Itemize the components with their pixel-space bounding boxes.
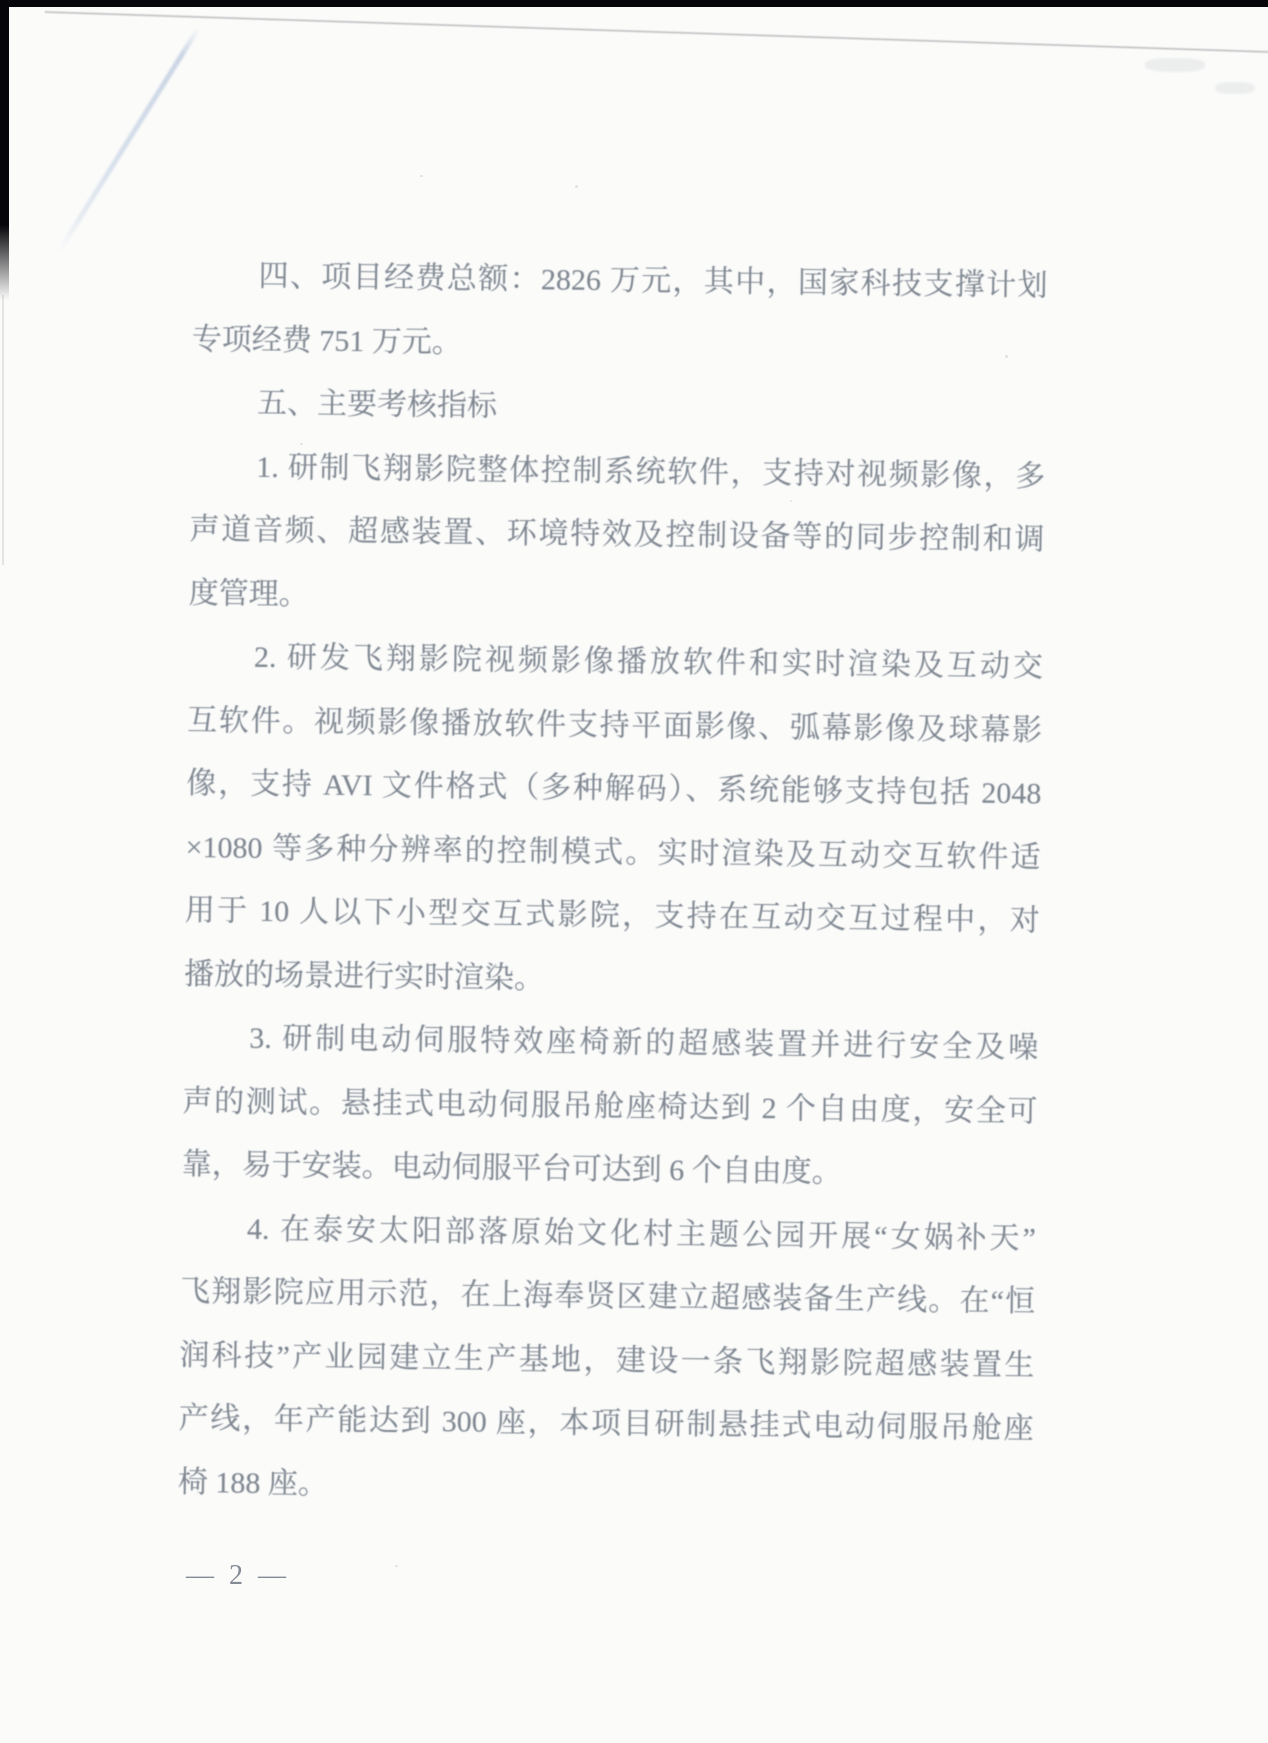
scanned-document-page: 四、项目经费总额：2826 万元，其中，国家科技支撑计划专项经费 751 万元。… [0,0,1268,1743]
paper-top-edge-line [45,11,1268,53]
scan-speck [575,185,578,188]
text-line: 声道音频、超感装置、环境特效及控制设备等的同步控制和调 [189,498,1045,572]
scan-left-edge-band [0,0,9,300]
text-line: 互软件。视频影像播放软件支持平面影像、弧幕影像及球幕影 [187,688,1043,762]
text-line: 播放的场景进行实时渲染。 [184,942,1040,1016]
text-line: 五、主要考核指标 [191,371,1047,445]
scan-smudge [1145,58,1205,72]
text-line: 专项经费 751 万元。 [191,307,1047,381]
text-line: 1. 研制飞翔影院整体控制系统软件，支持对视频影像，多 [190,434,1046,508]
scan-smudge [1215,82,1255,94]
text-line: 产线，年产能达到 300 座，本项目研制悬挂式电动伺服吊舱座 [178,1387,1034,1461]
text-line: 四、项目经费总额：2826 万元，其中，国家科技支撑计划 [192,244,1048,318]
text-line: 2. 研发飞翔影院视频影像播放软件和实时渲染及互动交 [188,625,1044,699]
text-line: 润科技”产业园建立生产基地，建设一条飞翔影院超感装置生 [179,1323,1035,1397]
scan-speck [420,175,423,177]
text-line: 飞翔影院应用示范，在上海奉贤区建立超感装备生产线。在“恒 [180,1260,1036,1334]
text-line: 度管理。 [188,561,1044,635]
text-line: ×1080 等多种分辨率的控制模式。实时渲染及互动交互软件适 [185,815,1041,889]
scan-top-edge-band [0,0,1268,7]
text-line: 4. 在泰安太阳部落原始文化村主题公园开展“女娲补天” [181,1196,1037,1270]
text-line: 声的测试。悬挂式电动伺服吊舱座椅达到 2 个自由度，安全可 [182,1069,1038,1143]
scan-speck [395,1565,398,1567]
text-line: 靠，易于安装。电动伺服平台可达到 6 个自由度。 [181,1133,1037,1207]
paper-crease-line [56,27,200,254]
text-line: 椅 188 座。 [177,1450,1033,1524]
text-line: 用于 10 人以下小型交互式影院，支持在互动交互过程中，对 [184,879,1040,953]
text-line: 3. 研制电动伺服特效座椅新的超感装置并进行安全及噪 [183,1006,1039,1080]
scan-left-edge-faint-line [2,295,4,565]
page-number: — 2 — [186,1560,290,1592]
text-line: 像，支持 AVI 文件格式（多种解码）、系统能够支持包括 2048 [186,752,1042,826]
document-body: 四、项目经费总额：2826 万元，其中，国家科技支撑计划专项经费 751 万元。… [177,244,1047,1524]
